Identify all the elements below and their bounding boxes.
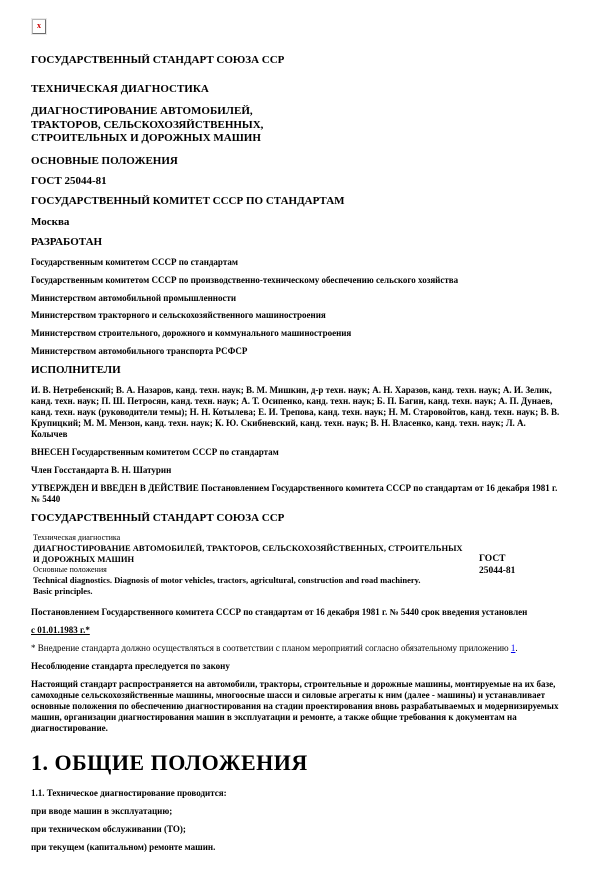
- section-1-heading: 1. ОБЩИЕ ПОЛОЖЕНИЯ: [31, 750, 564, 776]
- developed-item: Министерством автомобильного транспорта …: [31, 346, 564, 357]
- standard-union-heading: ГОСУДАРСТВЕННЫЙ СТАНДАРТ СОЮЗА ССР: [31, 54, 564, 67]
- gosstandart-member-line: Член Госстандарта В. Н. Шатурин: [31, 465, 564, 476]
- gost-label: ГОСТ: [479, 554, 506, 564]
- title-block-ru-caps: ДИАГНОСТИРОВАНИЕ АВТОМОБИЛЕЙ, ТРАКТОРОВ,…: [33, 543, 469, 565]
- city: Москва: [31, 216, 564, 229]
- title-block-ru-sub: Основные положения: [33, 565, 469, 575]
- executors-label: ИСПОЛНИТЕЛИ: [31, 364, 564, 377]
- developed-item: Министерством тракторного и сельскохозяй…: [31, 310, 564, 321]
- subtitle: ОСНОВНЫЕ ПОЛОЖЕНИЯ: [31, 155, 564, 168]
- approved-line: УТВЕРЖДЕН И ВВЕДЕН В ДЕЙСТВИЕ Постановле…: [31, 483, 564, 505]
- broken-image-row: x: [31, 14, 564, 36]
- footnote: * Внедрение стандарта должно осуществлят…: [31, 643, 564, 654]
- committee: ГОСУДАРСТВЕННЫЙ КОМИТЕТ СССР ПО СТАНДАРТ…: [31, 195, 564, 208]
- scope-paragraph: Настоящий стандарт распространяется на а…: [31, 679, 564, 734]
- title-line-1: ДИАГНОСТИРОВАНИЕ АВТОМОБИЛЕЙ,: [31, 105, 253, 117]
- clause-1-1-item: при текущем (капитальном) ремонте машин.: [31, 842, 564, 853]
- footnote-text: * Внедрение стандарта должно осуществлят…: [31, 643, 511, 653]
- document-title: ДИАГНОСТИРОВАНИЕ АВТОМОБИЛЕЙ, ТРАКТОРОВ,…: [31, 105, 564, 145]
- clause-1-1-item: при техническом обслуживании (ТО);: [31, 824, 564, 835]
- developed-label: РАЗРАБОТАН: [31, 236, 564, 249]
- footnote-tail: .: [515, 643, 517, 653]
- developed-item: Государственным комитетом СССР по произв…: [31, 275, 564, 286]
- enactment-line: Постановлением Государственного комитета…: [31, 607, 564, 618]
- title-block-left-cell: Техническая диагностика ДИАГНОСТИРОВАНИЕ…: [31, 533, 469, 597]
- law-notice: Несоблюдение стандарта преследуется по з…: [31, 661, 564, 672]
- subject-heading: ТЕХНИЧЕСКАЯ ДИАГНОСТИКА: [31, 83, 564, 96]
- developed-item: Государственным комитетом СССР по станда…: [31, 257, 564, 268]
- standard-union-heading-repeat: ГОСУДАРСТВЕННЫЙ СТАНДАРТ СОЮЗА ССР: [31, 512, 564, 525]
- developed-item: Министерством автомобильной промышленнос…: [31, 293, 564, 304]
- title-block-table: Техническая диагностика ДИАГНОСТИРОВАНИЕ…: [31, 533, 564, 597]
- title-block-ru-small: Техническая диагностика: [33, 533, 469, 543]
- title-block-en-line1: Technical diagnostics. Diagnosis of moto…: [33, 575, 421, 585]
- title-block-en-line2: Basic principles.: [33, 586, 93, 596]
- broken-image-x-glyph: x: [37, 22, 41, 30]
- executors-list: И. В. Нетребенский; В. А. Назаров, канд.…: [31, 385, 564, 440]
- title-block-en: Technical diagnostics. Diagnosis of moto…: [33, 575, 469, 597]
- clause-1-1: 1.1. Техническое диагностирование провод…: [31, 788, 564, 799]
- enactment-date: с 01.01.1983 г.*: [31, 625, 564, 636]
- broken-image-icon: x: [32, 19, 46, 34]
- title-block-gost-cell: ГОСТ 25044-81: [469, 553, 564, 578]
- developed-item: Министерством строительного, дорожного и…: [31, 328, 564, 339]
- gost-number: 25044-81: [479, 566, 515, 576]
- title-line-2: ТРАКТОРОВ, СЕЛЬСКОХОЗЯЙСТВЕННЫХ,: [31, 119, 263, 131]
- submitted-line: ВНЕСЕН Государственным комитетом СССР по…: [31, 447, 564, 458]
- standard-code: ГОСТ 25044-81: [31, 175, 564, 188]
- document-page: { "doc": { "broken_image_glyph": "x", "h…: [0, 0, 595, 880]
- clause-1-1-item: при вводе машин в эксплуатацию;: [31, 806, 564, 817]
- title-line-3: СТРОИТЕЛЬНЫХ И ДОРОЖНЫХ МАШИН: [31, 132, 261, 144]
